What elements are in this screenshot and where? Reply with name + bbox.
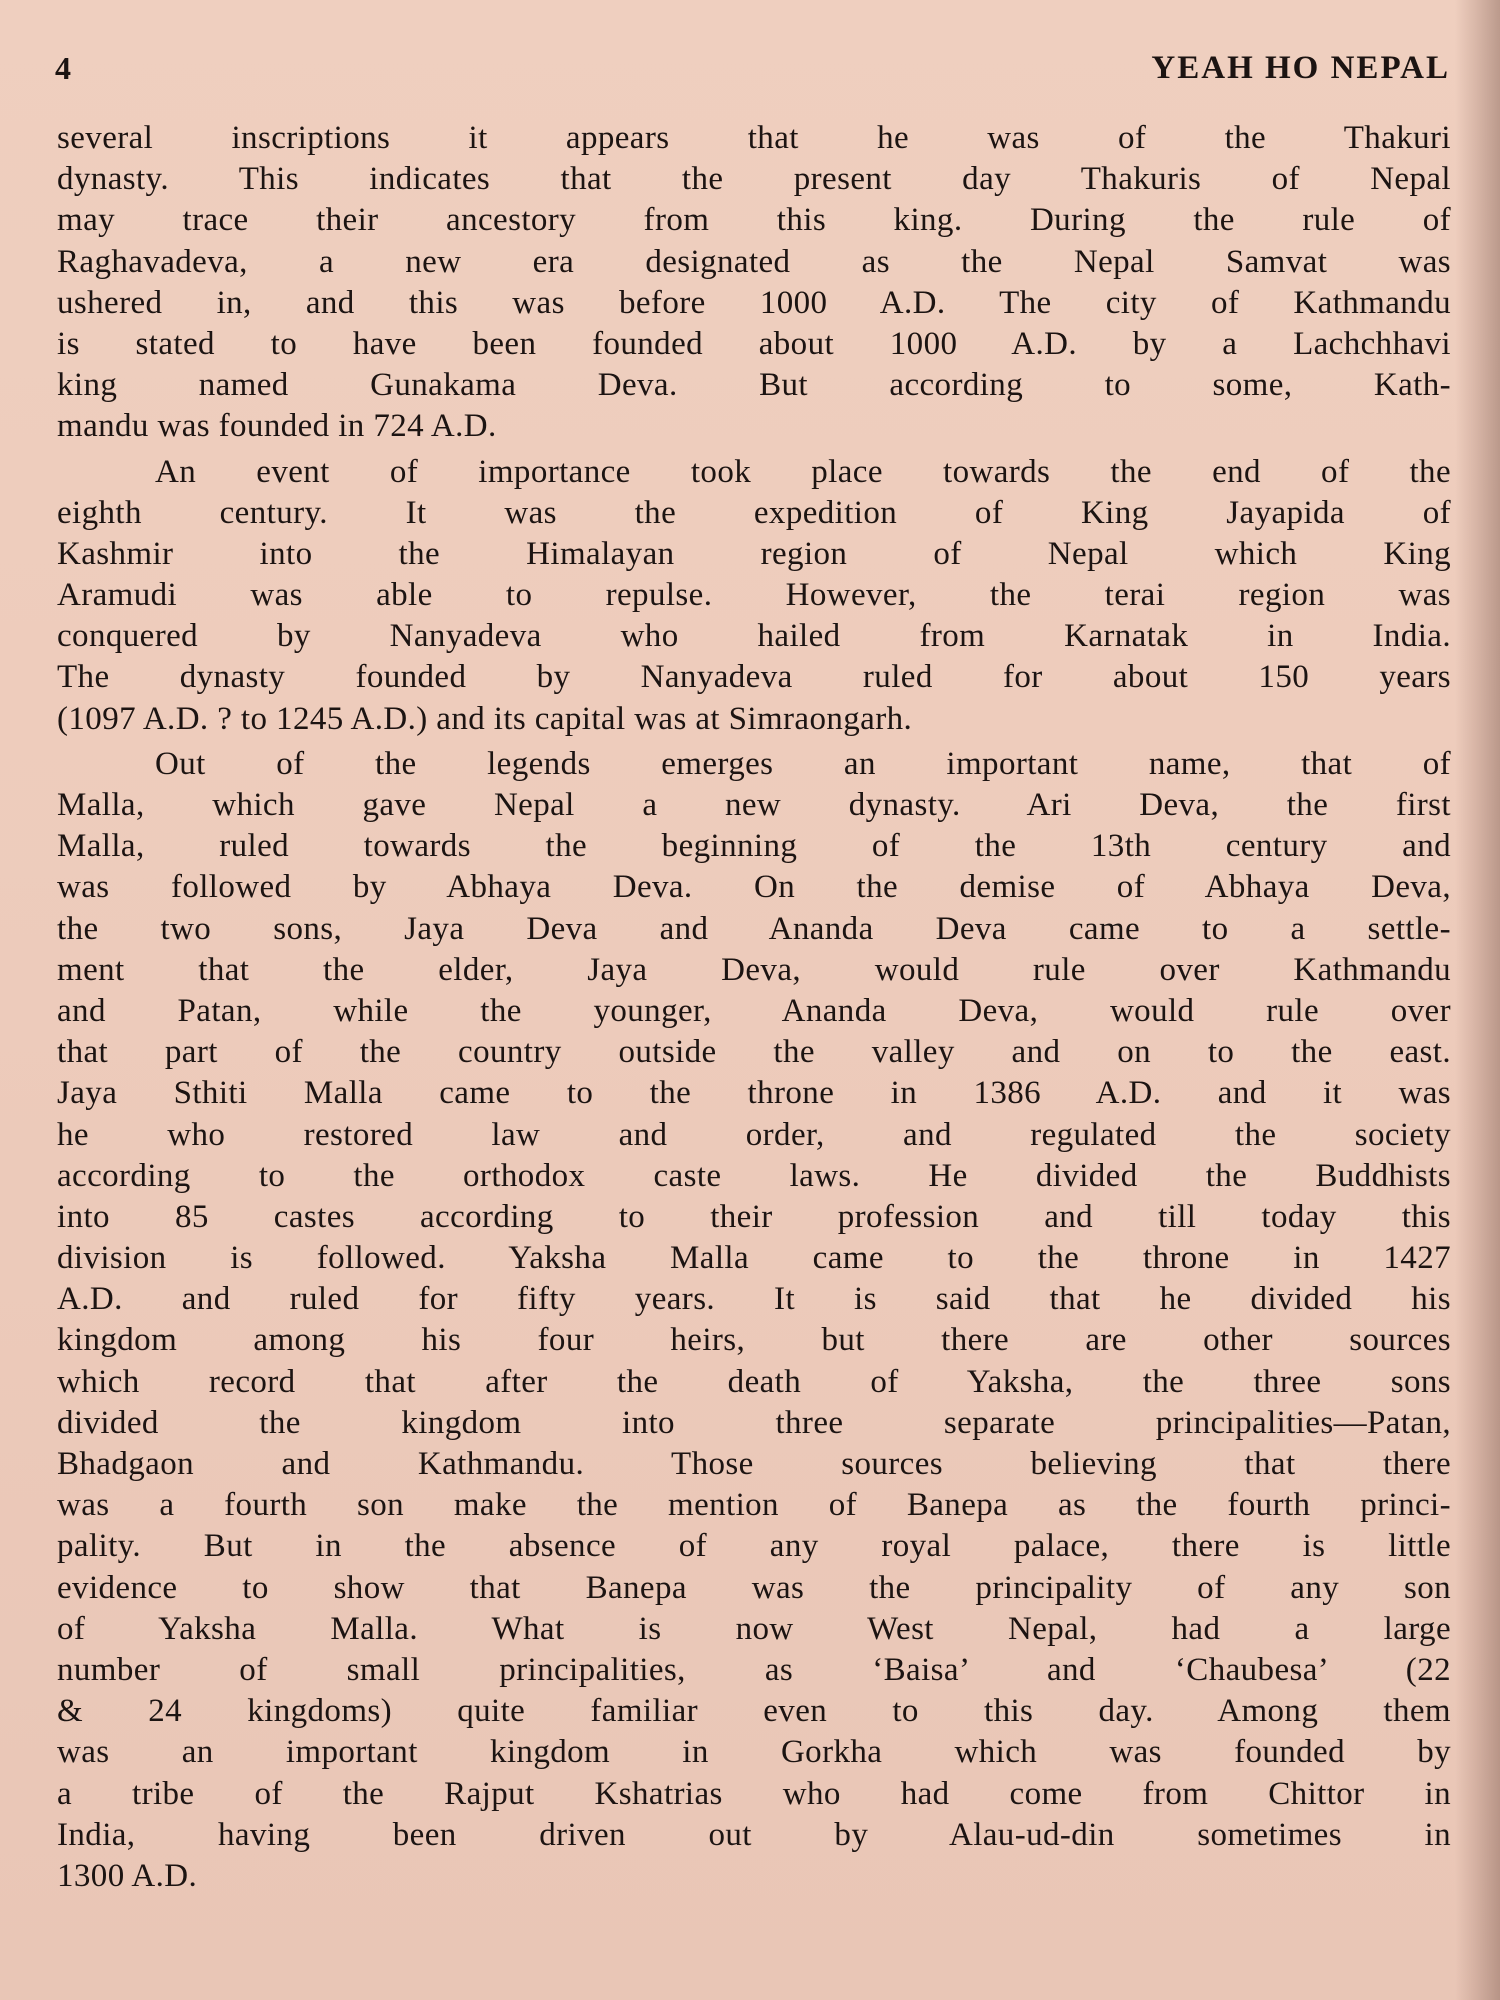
- text-line: Malla, which gave Nepal a new dynasty. A…: [57, 785, 1451, 826]
- text-line: ment that the elder, Jaya Deva, would ru…: [57, 950, 1451, 991]
- text-line: Raghavadeva, a new era designated as the…: [57, 242, 1451, 283]
- text-line: Out of the legends emerges an important …: [57, 744, 1451, 785]
- body-text: several inscriptions it appears that he …: [57, 118, 1451, 1897]
- text-line: several inscriptions it appears that he …: [57, 118, 1451, 159]
- text-line: which record that after the death of Yak…: [57, 1362, 1451, 1403]
- text-line: of Yaksha Malla. What is now West Nepal,…: [57, 1609, 1451, 1650]
- text-line: he who restored law and order, and regul…: [57, 1115, 1451, 1156]
- text-line: division is followed. Yaksha Malla came …: [57, 1238, 1451, 1279]
- text-line: Bhadgaon and Kathmandu. Those sources be…: [57, 1444, 1451, 1485]
- running-head: 4 YEAH HO NEPAL: [55, 50, 1450, 94]
- paragraph-2: An event of importance took place toward…: [57, 452, 1451, 740]
- text-line: that part of the country outside the val…: [57, 1032, 1451, 1073]
- text-line: into 85 castes according to their profes…: [57, 1197, 1451, 1238]
- text-line: divided the kingdom into three separate …: [57, 1403, 1451, 1444]
- text-line: was followed by Abhaya Deva. On the demi…: [57, 867, 1451, 908]
- text-line: was an important kingdom in Gorkha which…: [57, 1732, 1451, 1773]
- text-line: 1300 A.D.: [57, 1856, 1451, 1897]
- text-line: according to the orthodox caste laws. He…: [57, 1156, 1451, 1197]
- text-line: ushered in, and this was before 1000 A.D…: [57, 283, 1451, 324]
- paragraph-3: Out of the legends emerges an important …: [57, 744, 1451, 1897]
- text-line: kingdom among his four heirs, but there …: [57, 1320, 1451, 1361]
- text-line: may trace their ancestory from this king…: [57, 200, 1451, 241]
- text-line: evidence to show that Banepa was the pri…: [57, 1568, 1451, 1609]
- text-line: Kashmir into the Himalayan region of Nep…: [57, 534, 1451, 575]
- text-line: pality. But in the absence of any royal …: [57, 1526, 1451, 1567]
- text-line: conquered by Nanyadeva who hailed from K…: [57, 616, 1451, 657]
- text-line: eighth century. It was the expedition of…: [57, 493, 1451, 534]
- page-number: 4: [55, 50, 72, 87]
- text-line: king named Gunakama Deva. But according …: [57, 365, 1451, 406]
- text-line: India, having been driven out by Alau-ud…: [57, 1815, 1451, 1856]
- text-line: An event of importance took place toward…: [57, 452, 1451, 493]
- text-line: Aramudi was able to repulse. However, th…: [57, 575, 1451, 616]
- text-line: and Patan, while the younger, Ananda Dev…: [57, 991, 1451, 1032]
- text-line: the two sons, Jaya Deva and Ananda Deva …: [57, 909, 1451, 950]
- paragraph-1: several inscriptions it appears that he …: [57, 118, 1451, 448]
- text-line: & 24 kingdoms) quite familiar even to th…: [57, 1691, 1451, 1732]
- text-line: number of small principalities, as ‘Bais…: [57, 1650, 1451, 1691]
- scanned-book-page: 4 YEAH HO NEPAL several inscriptions it …: [0, 0, 1500, 2000]
- text-line: (1097 A.D. ? to 1245 A.D.) and its capit…: [57, 699, 1451, 740]
- text-line: is stated to have been founded about 100…: [57, 324, 1451, 365]
- text-line: mandu was founded in 724 A.D.: [57, 406, 1451, 447]
- text-line: The dynasty founded by Nanyadeva ruled f…: [57, 657, 1451, 698]
- text-line: Jaya Sthiti Malla came to the throne in …: [57, 1073, 1451, 1114]
- book-title: YEAH HO NEPAL: [1151, 50, 1450, 87]
- text-line: Malla, ruled towards the beginning of th…: [57, 826, 1451, 867]
- text-line: was a fourth son make the mention of Ban…: [57, 1485, 1451, 1526]
- text-line: a tribe of the Rajput Kshatrias who had …: [57, 1774, 1451, 1815]
- text-line: A.D. and ruled for fifty years. It is sa…: [57, 1279, 1451, 1320]
- text-line: dynasty. This indicates that the present…: [57, 159, 1451, 200]
